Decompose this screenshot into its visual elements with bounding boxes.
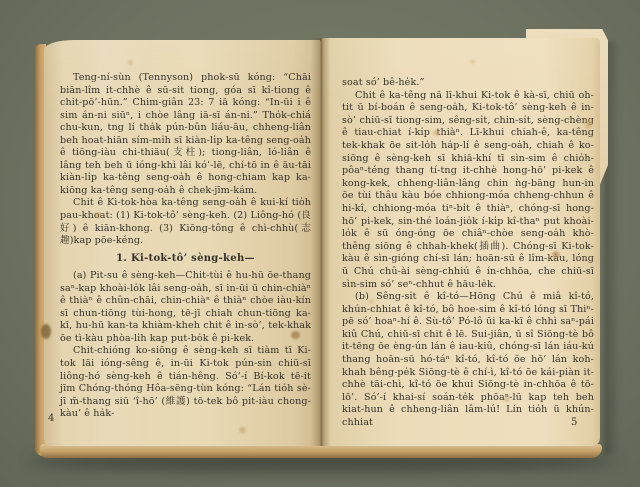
age-stain bbox=[95, 212, 101, 218]
page-stack-edge bbox=[40, 444, 602, 458]
left-page-text: Teng-ní-sùn (Tennyson) phok-sū kóng: “Ch… bbox=[60, 72, 311, 421]
age-stain bbox=[504, 397, 510, 402]
paragraph-continuation: soat só’ bê-he̍k.” bbox=[342, 77, 594, 90]
paragraph-rules-list: Chit ê Ki-tok-hòa ka-têng seng-oa̍h ê ku… bbox=[60, 197, 311, 247]
age-stain bbox=[205, 385, 210, 390]
page-number-right: 5 bbox=[571, 417, 577, 428]
age-stain bbox=[128, 60, 133, 65]
page-number-left: 4 bbox=[48, 413, 54, 424]
paragraph-family-christ: Chit ê ka-têng nā lī-khui Ki-tok ê kà-sī… bbox=[342, 90, 594, 292]
paragraph-washington-quote: Chit-chióng ko-siōng ê sèng-keh sī tiàm … bbox=[60, 345, 311, 420]
age-stain bbox=[291, 331, 300, 339]
book-gutter bbox=[311, 38, 331, 446]
section-heading: 1. Ki-tok-tô’ sèng-keh— bbox=[60, 253, 311, 266]
age-stain bbox=[41, 324, 51, 339]
age-stain bbox=[433, 130, 439, 136]
open-book-photo: Teng-ní-sùn (Tennyson) phok-sū kóng: “Ch… bbox=[0, 0, 640, 487]
paragraph-a-character: (a) Pit-su ê sèng-keh—Chit-tùi ê hu-hū ō… bbox=[60, 270, 311, 345]
age-stain bbox=[239, 427, 246, 433]
age-stain bbox=[470, 60, 475, 64]
paragraph-b-prayer: (b) Sêng-si̍t ê kî-tó—Hōng Chú ê miâ kî-… bbox=[342, 291, 594, 430]
age-stain bbox=[369, 299, 374, 304]
paragraph-tennyson-quote: Teng-ní-sùn (Tennyson) phok-sū kóng: “Ch… bbox=[60, 72, 311, 197]
age-stain bbox=[585, 118, 592, 129]
age-stain bbox=[552, 251, 560, 258]
